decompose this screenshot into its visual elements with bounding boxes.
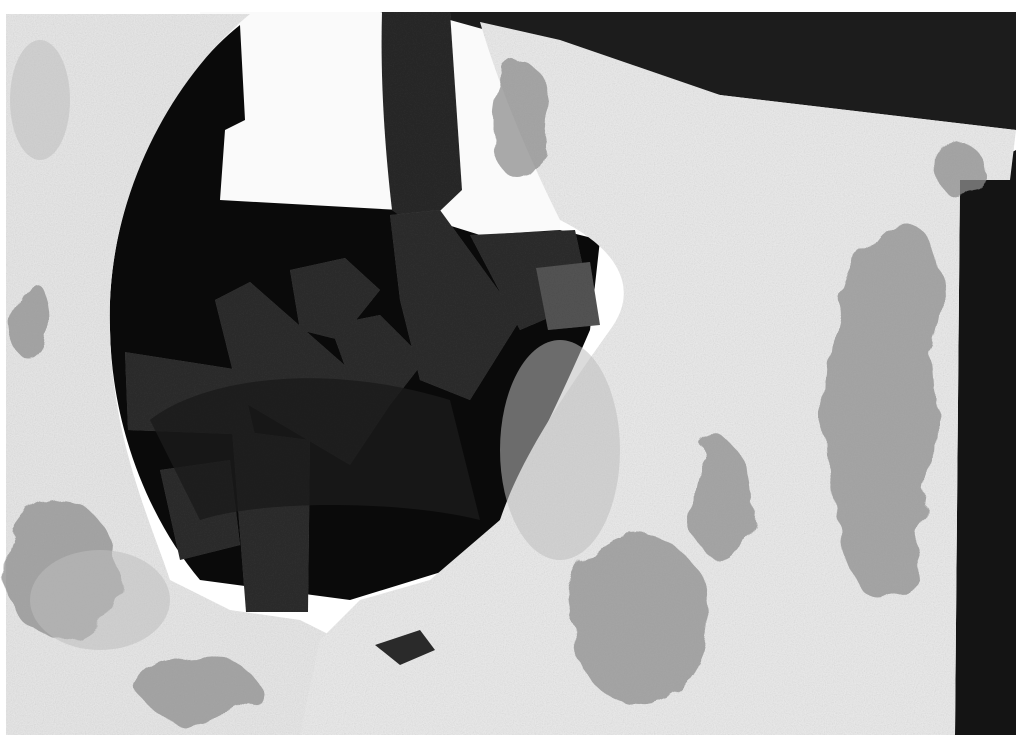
- wooden-post: [955, 150, 1016, 735]
- wooden-shaft: [382, 12, 462, 230]
- gear-rim: [150, 378, 480, 520]
- photograph: [0, 0, 1024, 742]
